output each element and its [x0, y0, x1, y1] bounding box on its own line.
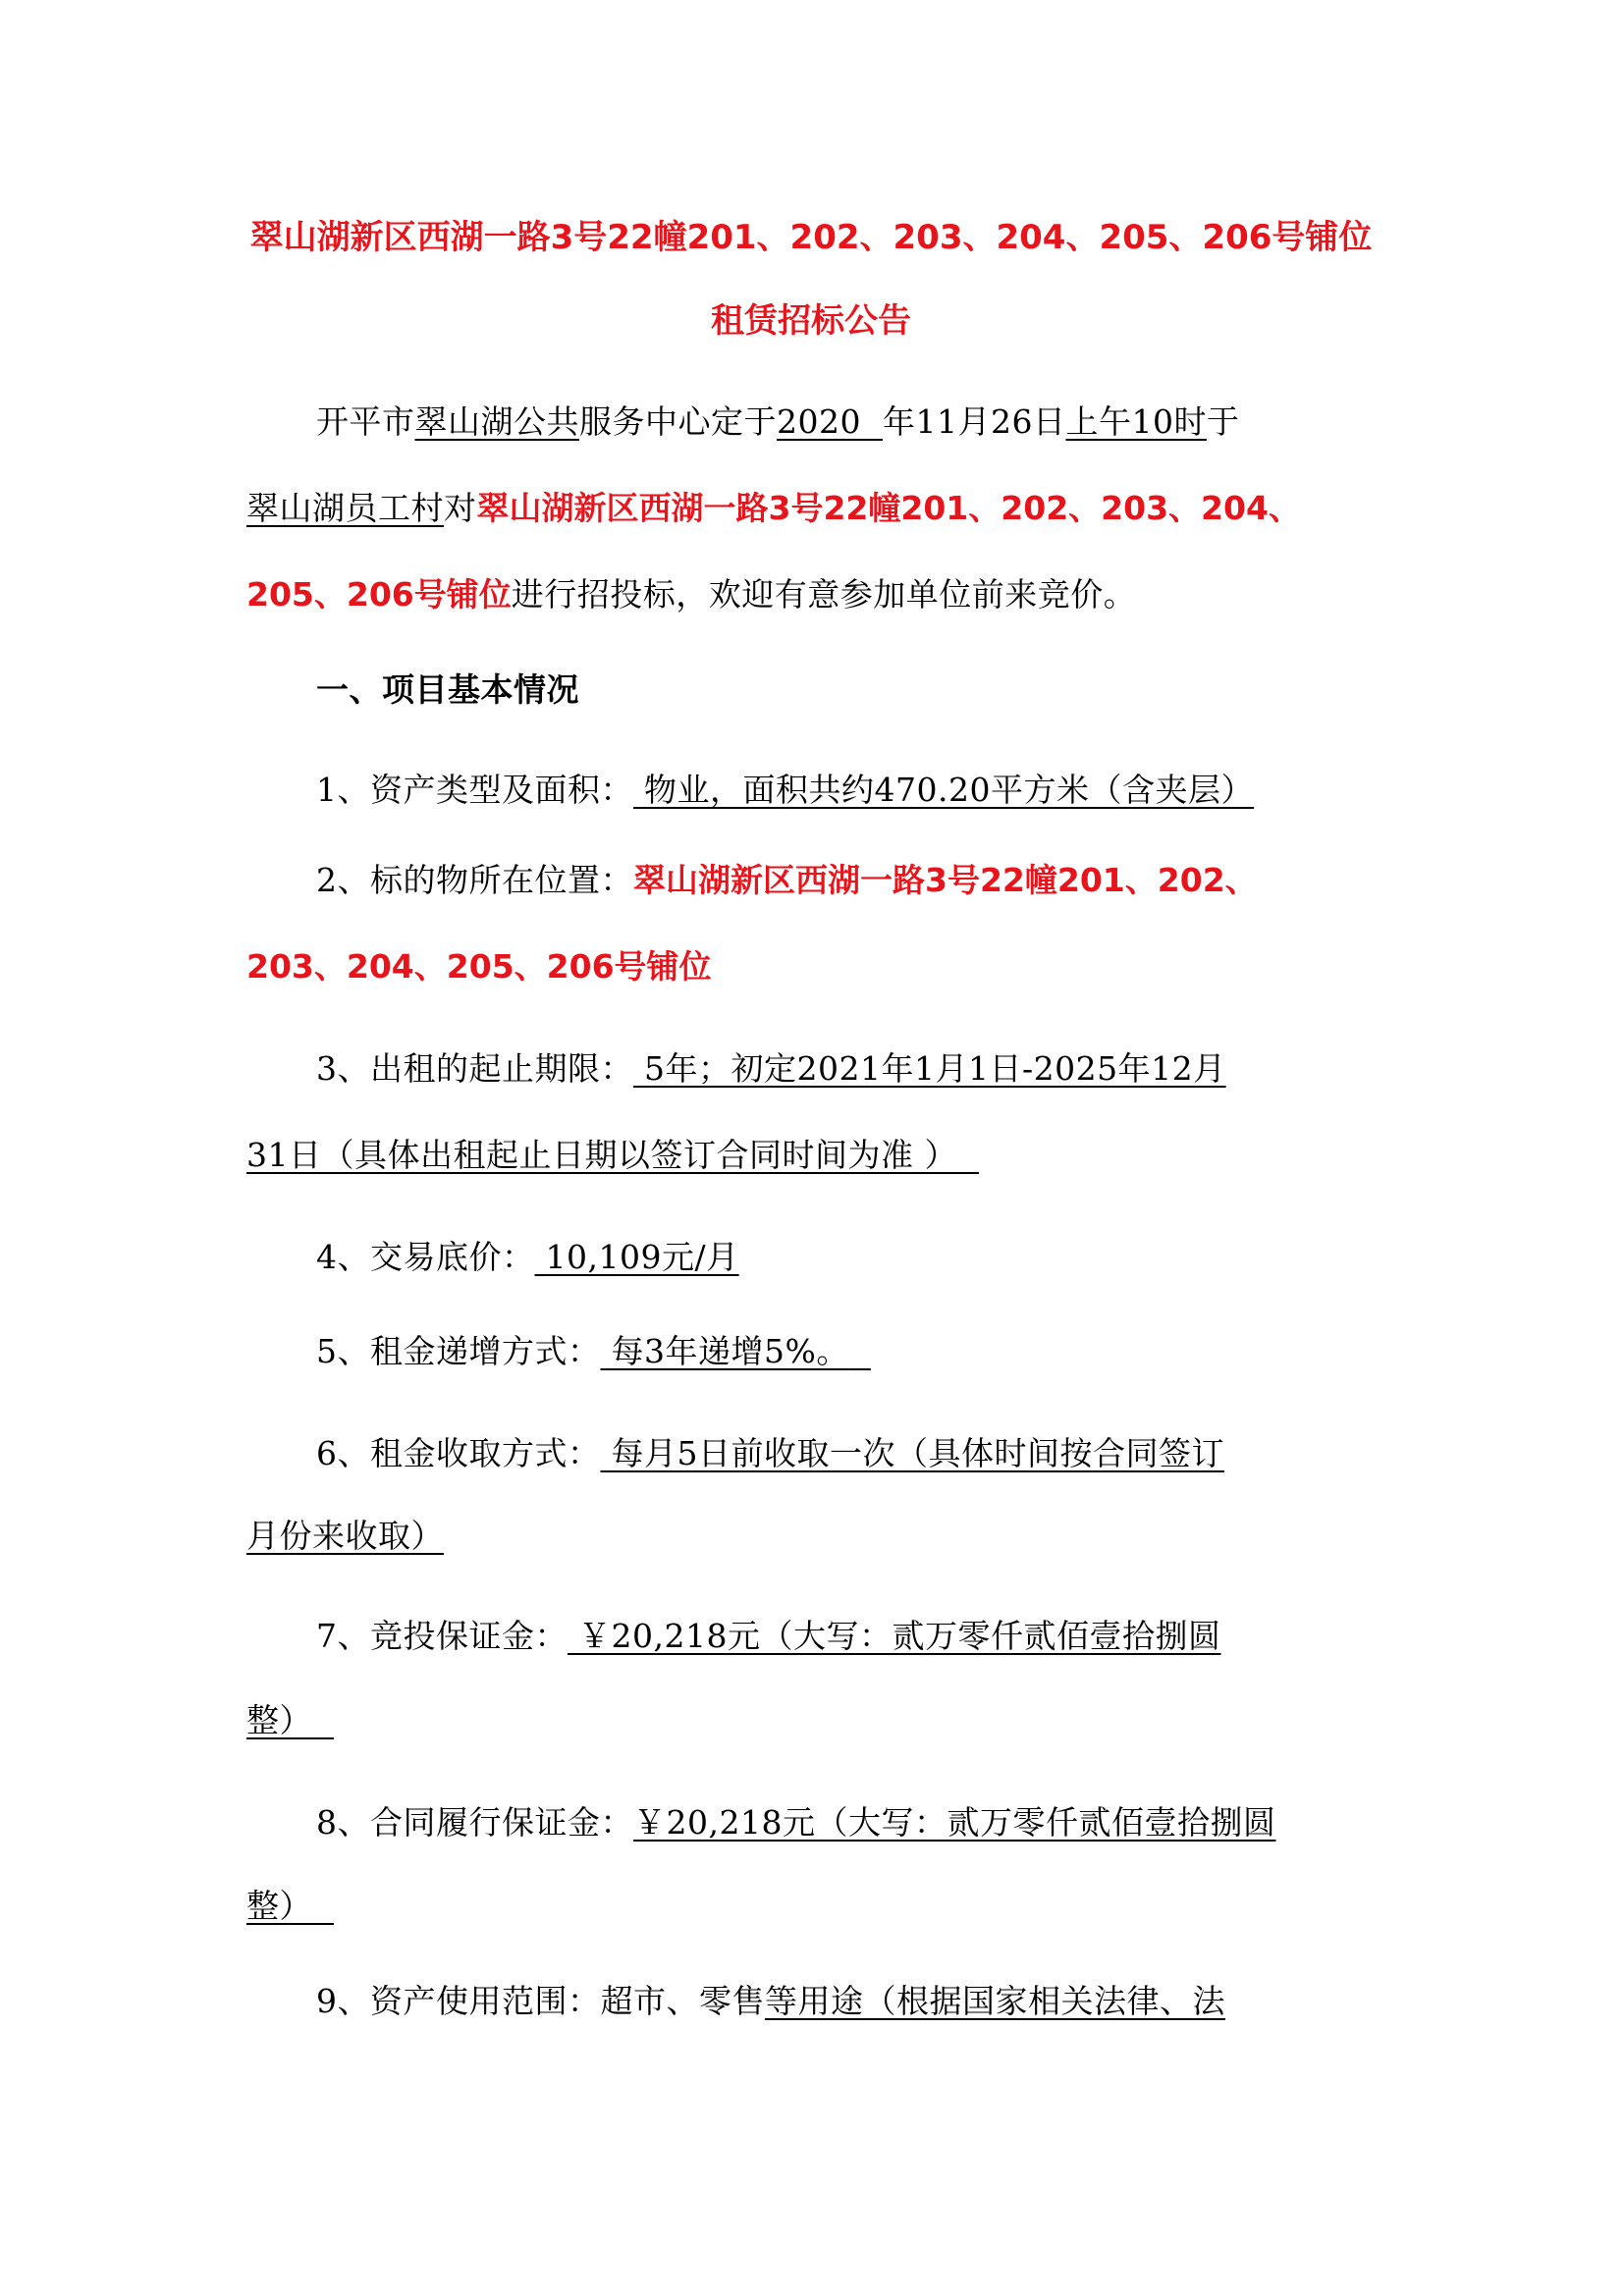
intro-text: 进行招投标，欢迎有意参加单位前来竞价。	[512, 575, 1137, 614]
item-1: 1、资产类型及面积：物业，面积共约470.20平方米（含夹层）	[316, 771, 1254, 810]
intro-text: 于	[1207, 402, 1240, 441]
item-value-underlined: 等用途（根据国家相关法律、法	[765, 1982, 1225, 2020]
item-3-cont: 31日（具体出租起止日期以签订合同时间为准 ）	[246, 1136, 979, 1175]
intro-text: 开平市	[316, 402, 415, 441]
item-label: 9、资产使用范围：	[316, 1982, 601, 2020]
item-value: ￥20,218元（大写：贰万零仟贰佰壹拾捌圆	[568, 1617, 1220, 1655]
intro-line-2: 翠山湖员工村对翠山湖新区西湖一路3号22幢201、202、203、204、	[246, 489, 1301, 528]
item-label: 7、竞投保证金：	[316, 1617, 568, 1655]
item-label: 1、资产类型及面积：	[316, 771, 633, 809]
item-6-cont: 月份来收取）	[246, 1517, 444, 1556]
item-value: 10,109元/月	[535, 1238, 739, 1276]
item-value: 物业，面积共约470.20平方米（含夹层）	[633, 771, 1254, 809]
intro-text: 对	[444, 489, 477, 527]
intro-line-1: 开平市翠山湖公共服务中心定于2020年11月26日上午10时于	[316, 402, 1239, 442]
item-8-cont: 整）	[246, 1887, 334, 1926]
item-5: 5、租金递增方式：每3年递增5%。	[316, 1332, 871, 1371]
item-value: 超市、零售	[601, 1982, 766, 2020]
organizer-name: 翠山湖公共	[415, 402, 580, 441]
item-9: 9、资产使用范围：超市、零售等用途（根据国家相关法律、法	[316, 1982, 1225, 2021]
document-title-line-1: 翠山湖新区西湖一路3号22幢201、202、203、204、205、206号铺位	[246, 218, 1376, 257]
item-7: 7、竞投保证金：￥20,218元（大写：贰万零仟贰佰壹拾捌圆	[316, 1617, 1220, 1656]
property-address-cont: 205、206号铺位	[246, 575, 512, 614]
item-2: 2、标的物所在位置：翠山湖新区西湖一路3号22幢201、202、	[316, 861, 1258, 900]
item-label: 4、交易底价：	[316, 1238, 535, 1276]
item-label: 6、租金收取方式：	[316, 1434, 601, 1472]
item-value: ￥20,218元（大写：贰万零仟贰佰壹拾捌圆	[633, 1803, 1275, 1842]
item-value: 31日（具体出租起止日期以签订合同时间为准 ）	[246, 1136, 979, 1174]
intro-text: 服务中心定于	[579, 402, 777, 441]
bid-time: 上午10时	[1065, 402, 1207, 441]
item-label: 3、出租的起止期限：	[316, 1049, 633, 1088]
item-value: 翠山湖新区西湖一路3号22幢201、202、	[633, 861, 1258, 899]
item-3: 3、出租的起止期限：5年；初定2021年1月1日-2025年12月	[316, 1049, 1226, 1089]
item-value: 5年；初定2021年1月1日-2025年12月	[633, 1049, 1226, 1088]
intro-line-3: 205、206号铺位进行招投标，欢迎有意参加单位前来竞价。	[246, 575, 1136, 614]
property-address: 翠山湖新区西湖一路3号22幢201、202、203、204、	[477, 489, 1301, 527]
item-value: 整）	[246, 1701, 334, 1739]
item-8: 8、合同履行保证金：￥20,218元（大写：贰万零仟贰佰壹拾捌圆	[316, 1803, 1275, 1842]
bid-location: 翠山湖员工村	[246, 489, 444, 527]
document-page: 翠山湖新区西湖一路3号22幢201、202、203、204、205、206号铺位…	[0, 0, 1624, 2296]
item-label: 8、合同履行保证金：	[316, 1803, 633, 1842]
item-value: 月份来收取）	[246, 1517, 444, 1555]
item-value: 203、204、205、206号铺位	[246, 947, 712, 986]
item-value: 每3年递增5%。	[601, 1332, 871, 1370]
item-value: 整）	[246, 1887, 334, 1925]
item-2-cont: 203、204、205、206号铺位	[246, 947, 712, 987]
item-4: 4、交易底价：10,109元/月	[316, 1238, 739, 1277]
item-value: 每月5日前收取一次（具体时间按合同签订	[601, 1434, 1225, 1472]
item-7-cont: 整）	[246, 1701, 334, 1740]
bid-year: 2020	[777, 402, 883, 441]
item-label: 2、标的物所在位置：	[316, 861, 633, 899]
item-6: 6、租金收取方式：每月5日前收取一次（具体时间按合同签订	[316, 1434, 1224, 1473]
document-title-line-2: 租赁招标公告	[246, 301, 1376, 341]
section-heading: 一、项目基本情况	[316, 670, 579, 710]
item-label: 5、租金递增方式：	[316, 1332, 601, 1370]
bid-date: 年11月26日	[883, 402, 1065, 441]
